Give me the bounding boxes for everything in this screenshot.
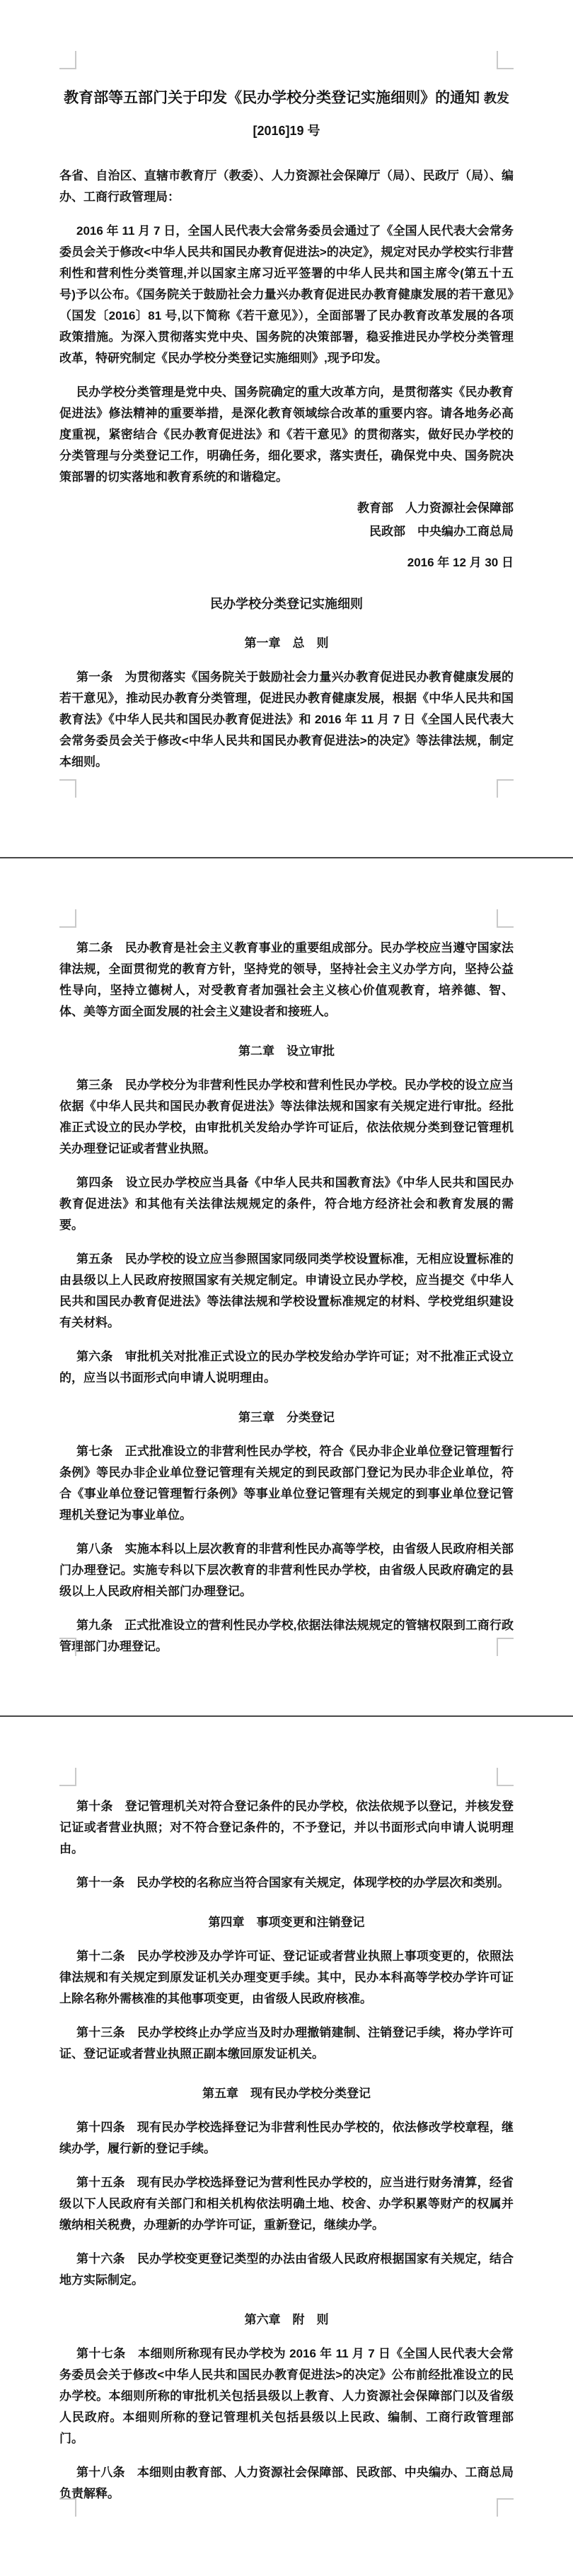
article-17: 第十七条 本细则所称现有民办学校为 2016 年 11 月 7 日《全国人民代表… xyxy=(59,2343,514,2449)
page-3: 第十条 登记管理机关对符合登记条件的民办学校，依法依规予以登记，并核发登记证或者… xyxy=(0,1717,573,2576)
crop-mark-top-right xyxy=(497,909,514,928)
article-3: 第三条 民办学校分为非营利性民办学校和营利性民办学校。民办学校的设立应当依据《中… xyxy=(59,1075,514,1160)
chapter-2-heading: 第二章 设立审批 xyxy=(59,1041,514,1062)
salutation: 各省、自治区、直辖市教育厅（教委）、人力资源社会保障厅（局）、民政厅（局）、编办… xyxy=(59,165,514,208)
article-1: 第一条 为贯彻落实《国务院关于鼓励社会力量兴办教育促进民办教育健康发展的若干意见… xyxy=(59,667,514,773)
article-4: 第四条 设立民办学校应当具备《中华人民共和国教育法》《中华人民共和国民办教育促进… xyxy=(59,1172,514,1236)
chapter-3-heading: 第三章 分类登记 xyxy=(59,1407,514,1428)
article-18: 第十八条 本细则由教育部、人力资源社会保障部、民政部、中央编办、工商总局负责解释… xyxy=(59,2462,514,2505)
page-1: 教育部等五部门关于印发《民办学校分类登记实施细则》的通知 教发[2016]19 … xyxy=(0,0,573,857)
article-5: 第五条 民办学校的设立应当参照国家同级同类学校设置标准，无相应设置标准的由县级以… xyxy=(59,1249,514,1334)
article-13: 第十三条 民办学校终止办学应当及时办理撤销建制、注销登记手续，将办学许可证、登记… xyxy=(59,2022,514,2065)
article-16: 第十六条 民办学校变更登记类型的办法由省级人民政府根据国家有关规定，结合地方实际… xyxy=(59,2249,514,2291)
article-7: 第七条 正式批准设立的非营利性民办学校，符合《民办非企业单位登记管理暂行条例》等… xyxy=(59,1441,514,1526)
article-6: 第六条 审批机关对批准正式设立的民办学校发给办学许可证；对不批准正式设立的，应当… xyxy=(59,1346,514,1389)
chapter-6-heading: 第六章 附 则 xyxy=(59,2309,514,2331)
article-15: 第十五条 现有民办学校选择登记为营利性民办学校的，应当进行财务清算，经省级以下人… xyxy=(59,2172,514,2236)
article-12: 第十二条 民办学校涉及办学许可证、登记证或者营业执照上事项变更的，依照法律法规和… xyxy=(59,1946,514,2010)
notice-title-text: 教育部等五部门关于印发《民办学校分类登记实施细则》的通知 xyxy=(64,90,480,106)
article-9: 第九条 正式批准设立的营利性民办学校,依据法律法规规定的管辖权限到工商行政管理部… xyxy=(59,1615,514,1657)
crop-mark-top-left xyxy=(59,51,76,69)
crop-mark-bottom-right xyxy=(497,779,514,798)
signature-line-2: 民政部 中央编办工商总局 xyxy=(59,521,514,542)
crop-mark-top-left xyxy=(59,909,76,928)
page-2: 第二条 民办教育是社会主义教育事业的重要组成部分。民办学校应当遵守国家法律法规，… xyxy=(0,858,573,1715)
document: 教育部等五部门关于印发《民办学校分类登记实施细则》的通知 教发[2016]19 … xyxy=(0,0,573,2576)
crop-mark-bottom-left xyxy=(59,2498,76,2517)
notice-title: 教育部等五部门关于印发《民办学校分类登记实施细则》的通知 教发[2016]19 … xyxy=(59,82,514,147)
chapter-1-heading: 第一章 总 则 xyxy=(59,633,514,654)
article-11: 第十一条 民办学校的名称应当符合国家有关规定，体现学校的办学层次和类别。 xyxy=(59,1872,514,1894)
chapter-4-heading: 第四章 事项变更和注销登记 xyxy=(59,1912,514,1933)
signature-date: 2016 年 12 月 30 日 xyxy=(59,552,514,573)
crop-mark-top-right xyxy=(497,51,514,69)
signature-line-1: 教育部 人力资源社会保障部 xyxy=(59,498,514,519)
article-14: 第十四条 现有民办学校选择登记为非营利性民办学校的，依法修改学校章程，继续办学，… xyxy=(59,2117,514,2160)
crop-mark-bottom-left xyxy=(59,1638,76,1656)
article-8: 第八条 实施本科以上层次教育的非营利性民办高等学校，由省级人民政府相关部门办理登… xyxy=(59,1539,514,1602)
notice-paragraph-2: 民办学校分类管理是党中央、国务院确定的重大改革方向，是贯彻落实《民办教育促进法》… xyxy=(59,382,514,488)
crop-mark-bottom-right xyxy=(497,2498,514,2517)
article-10: 第十条 登记管理机关对符合登记条件的民办学校，依法依规予以登记，并核发登记证或者… xyxy=(59,1796,514,1860)
crop-mark-top-left xyxy=(59,1768,76,1786)
chapter-5-heading: 第五章 现有民办学校分类登记 xyxy=(59,2083,514,2104)
rules-title: 民办学校分类登记实施细则 xyxy=(59,593,514,614)
crop-mark-bottom-right xyxy=(497,1638,514,1656)
notice-paragraph-1: 2016 年 11 月 7 日，全国人民代表大会常务委员会通过了《全国人民代表大… xyxy=(59,221,514,369)
crop-mark-top-right xyxy=(497,1768,514,1786)
crop-mark-bottom-left xyxy=(59,779,76,798)
article-2: 第二条 民办教育是社会主义教育事业的重要组成部分。民办学校应当遵守国家法律法规，… xyxy=(59,938,514,1022)
